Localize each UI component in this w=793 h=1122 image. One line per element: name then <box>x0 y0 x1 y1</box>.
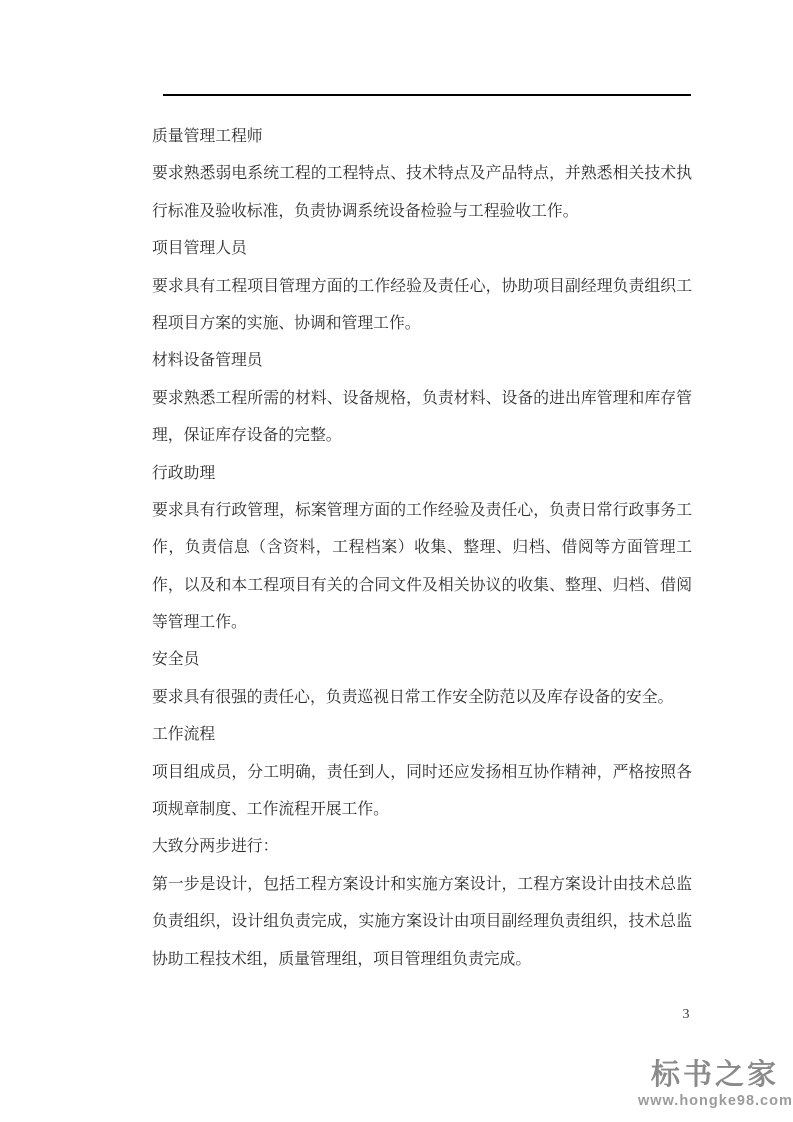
text-line: 要求具有很强的责任心，负责巡视日常工作安全防范以及库存设备的安全。 <box>152 679 692 716</box>
header-rule <box>163 94 691 96</box>
paragraph: 材料设备管理员 <box>152 342 692 379</box>
text-line: 协助工程技术组，质量管理组，项目管理组负责完成。 <box>152 941 692 978</box>
text-line: 程项目方案的实施、协调和管理工作。 <box>152 305 692 342</box>
paragraph: 工作流程 <box>152 716 692 753</box>
paragraph: 项目管理人员 <box>152 230 692 267</box>
text-line: 项目管理人员 <box>152 230 692 267</box>
paragraph: 要求具有行政管理，标案管理方面的工作经验及责任心，负责日常行政事务工作，负责信息… <box>152 492 692 642</box>
watermark-site-url: www.hongke98.com <box>638 1092 792 1110</box>
text-line: 工作流程 <box>152 716 692 753</box>
text-line: 项目组成员，分工明确，责任到人，同时还应发扬相互协作精神，严格按照各 <box>152 754 692 791</box>
text-line: 项规章制度、工作流程开展工作。 <box>152 791 692 828</box>
text-line: 要求熟悉弱电系统工程的工程特点、技术特点及产品特点，并熟悉相关技术执 <box>152 155 692 192</box>
text-line: 负责组织，设计组负责完成，实施方案设计由项目副经理负责组织，技术总监 <box>152 903 692 940</box>
paragraph: 大致分两步进行： <box>152 828 692 865</box>
watermark-logo-text: 标书之家 <box>638 1058 792 1092</box>
page-number: 3 <box>666 1002 706 1028</box>
text-line: 等管理工作。 <box>152 604 692 641</box>
text-line: 第一步是设计，包括工程方案设计和实施方案设计，工程方案设计由技术总监 <box>152 866 692 903</box>
text-line: 要求熟悉工程所需的材料、设备规格，负责材料、设备的进出库管理和库存管 <box>152 380 692 417</box>
text-line: 理，保证库存设备的完整。 <box>152 417 692 454</box>
paragraph: 要求熟悉弱电系统工程的工程特点、技术特点及产品特点，并熟悉相关技术执行标准及验收… <box>152 155 692 230</box>
text-line: 作，以及和本工程项目有关的合同文件及相关协议的收集、整理、归档、借阅 <box>152 567 692 604</box>
text-line: 作，负责信息（含资料，工程档案）收集、整理、归档、借阅等方面管理工 <box>152 529 692 566</box>
paragraph: 行政助理 <box>152 455 692 492</box>
paragraph: 项目组成员，分工明确，责任到人，同时还应发扬相互协作精神，严格按照各项规章制度、… <box>152 754 692 829</box>
text-line: 安全员 <box>152 641 692 678</box>
text-line: 行政助理 <box>152 455 692 492</box>
text-line: 要求具有工程项目管理方面的工作经验及责任心，协助项目副经理负责组织工 <box>152 268 692 305</box>
watermark: 标书之家 www.hongke98.com <box>638 1058 792 1110</box>
text-line: 质量管理工程师 <box>152 118 692 155</box>
paragraph: 安全员 <box>152 641 692 678</box>
text-line: 大致分两步进行： <box>152 828 692 865</box>
text-line: 行标准及验收标准，负责协调系统设备检验与工程验收工作。 <box>152 193 692 230</box>
document-content: 质量管理工程师要求熟悉弱电系统工程的工程特点、技术特点及产品特点，并熟悉相关技术… <box>152 118 692 978</box>
text-line: 材料设备管理员 <box>152 342 692 379</box>
document-page: 质量管理工程师要求熟悉弱电系统工程的工程特点、技术特点及产品特点，并熟悉相关技术… <box>0 0 793 1122</box>
text-line: 要求具有行政管理，标案管理方面的工作经验及责任心，负责日常行政事务工 <box>152 492 692 529</box>
paragraph: 要求熟悉工程所需的材料、设备规格，负责材料、设备的进出库管理和库存管理，保证库存… <box>152 380 692 455</box>
paragraph: 要求具有很强的责任心，负责巡视日常工作安全防范以及库存设备的安全。 <box>152 679 692 716</box>
paragraph: 质量管理工程师 <box>152 118 692 155</box>
paragraph: 第一步是设计，包括工程方案设计和实施方案设计，工程方案设计由技术总监负责组织，设… <box>152 866 692 978</box>
paragraph: 要求具有工程项目管理方面的工作经验及责任心，协助项目副经理负责组织工程项目方案的… <box>152 268 692 343</box>
